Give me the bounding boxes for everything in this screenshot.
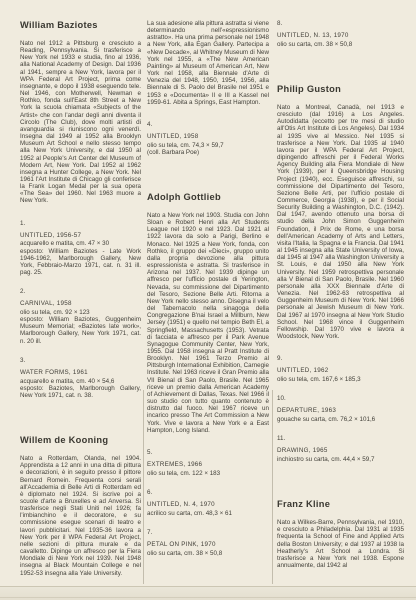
artwork-title: UNTITLED, 1962 bbox=[277, 367, 404, 374]
catalog-number: 1. bbox=[20, 220, 141, 227]
bio-paragraph: Nato nel 1912 a Pittsburg e cresciuto a … bbox=[20, 40, 141, 205]
catalog-number: 8. bbox=[277, 20, 404, 27]
artwork-detail: inchiostro su carta, cm. 44,4 × 59,7 bbox=[277, 456, 404, 463]
text-column-3: 8.UNTITLED, N. 13, 1970olio su carta, cm… bbox=[277, 20, 404, 598]
artwork-detail: esposto: William Baziotes - Late Work 19… bbox=[20, 248, 141, 277]
bio-paragraph: Nato a Rotterdam, Olanda, nel 1904. Appr… bbox=[20, 455, 141, 577]
catalog-number: 9. bbox=[277, 355, 404, 362]
artwork-title: UNTITLED, 1958 bbox=[147, 133, 269, 140]
artwork-title: UNTITLED, N. 4, 1970 bbox=[147, 501, 269, 508]
artist-heading: Willem de Kooning bbox=[20, 435, 141, 445]
page-bottom-edge bbox=[0, 586, 416, 600]
bio-paragraph: Nato a New York nel 1903. Studia con Joh… bbox=[147, 212, 269, 434]
artist-heading: Philip Guston bbox=[277, 84, 404, 94]
catalog-entry: 2.CARNIVAL, 1958olio su tela, cm. 92 × 1… bbox=[20, 288, 141, 345]
catalog-number: 10. bbox=[277, 395, 404, 402]
artist-heading: Franz Kline bbox=[277, 499, 404, 509]
artwork-title: DEPARTURE, 1963 bbox=[277, 407, 404, 414]
catalog-number: 4. bbox=[147, 121, 269, 128]
catalog-entry: 9.UNTITLED, 1962olio su tela, cm. 167,6 … bbox=[277, 355, 404, 383]
artwork-detail: olio su tela, cm. 122 × 183 bbox=[147, 470, 269, 477]
text-column-1: William BaziotesNato nel 1912 a Pittsbur… bbox=[20, 20, 141, 598]
artwork-title: UNTITLED, 1956-57 bbox=[20, 232, 141, 239]
catalog-entry: 10.DEPARTURE, 1963gouache su carta, cm. … bbox=[277, 395, 404, 423]
catalog-entry: 3.WATER FORMS, 1961acquarello e matita, … bbox=[20, 357, 141, 399]
artwork-detail: olio su carta, cm. 38 × 50,8 bbox=[147, 550, 269, 557]
bio-paragraph: Nato a Montreal, Canadà, nel 1913 e cres… bbox=[277, 104, 404, 340]
catalog-entry: 7.PETAL ON PINK, 1970olio su carta, cm. … bbox=[147, 529, 269, 557]
artwork-title: DRAWING, 1965 bbox=[277, 447, 404, 454]
catalog-entry: 11.DRAWING, 1965inchiostro su carta, cm.… bbox=[277, 435, 404, 463]
artwork-detail: olio su tela, cm. 167,6 × 185,3 bbox=[277, 376, 404, 383]
catalog-number: 2. bbox=[20, 288, 141, 295]
column-rule-left bbox=[143, 390, 144, 584]
artwork-detail: (coll. Barbara Poe) bbox=[147, 149, 269, 156]
catalog-number: 7. bbox=[147, 529, 269, 536]
catalog-number: 3. bbox=[20, 357, 141, 364]
artist-heading: William Baziotes bbox=[20, 20, 141, 30]
artwork-title: UNTITLED, N. 13, 1970 bbox=[277, 32, 404, 39]
catalog-entry: 5.EXTREMES, 1966olio su tela, cm. 122 × … bbox=[147, 449, 269, 477]
catalog-number: 6. bbox=[147, 489, 269, 496]
catalog-entry: 4.UNTITLED, 1958olio su tela, cm. 74,3 ×… bbox=[147, 121, 269, 156]
catalog-entry: 8.UNTITLED, N. 13, 1970olio su carta, cm… bbox=[277, 20, 404, 48]
artist-heading: Adolph Gottlieb bbox=[147, 192, 269, 202]
column-rule-right bbox=[272, 390, 273, 584]
artwork-detail: acquarello e matita, cm. 40 × 54,6 bbox=[20, 378, 141, 385]
artwork-detail: acquarello e matita, cm. 47 × 30 bbox=[20, 240, 141, 247]
artwork-title: WATER FORMS, 1961 bbox=[20, 369, 141, 376]
catalog-number: 11. bbox=[277, 435, 404, 442]
artwork-detail: acrilico su carta, cm. 48,3 × 61 bbox=[147, 510, 269, 517]
catalog-entry: 6.UNTITLED, N. 4, 1970acrilico su carta,… bbox=[147, 489, 269, 517]
artwork-detail: esposto: Baziotes, Marlborough Gallery, … bbox=[20, 385, 141, 399]
text-column-2: La sua adesione alla pittura astratta si… bbox=[147, 20, 269, 598]
artwork-title: EXTREMES, 1966 bbox=[147, 461, 269, 468]
artwork-detail: olio su carta, cm. 38 × 50,8 bbox=[277, 41, 404, 48]
catalog-number: 5. bbox=[147, 449, 269, 456]
bio-paragraph: La sua adesione alla pittura astratta si… bbox=[147, 20, 269, 106]
artwork-detail: esposto: William Baziotes, Guggenheim Mu… bbox=[20, 316, 141, 345]
artwork-detail: olio su tela, cm. 92 × 123 bbox=[20, 309, 141, 316]
catalog-page: William BaziotesNato nel 1912 a Pittsbur… bbox=[0, 0, 416, 600]
artwork-detail: gouache su carta, cm. 76,2 × 101,6 bbox=[277, 416, 404, 423]
artwork-title: CARNIVAL, 1958 bbox=[20, 300, 141, 307]
catalog-entry: 1.UNTITLED, 1956-57acquarello e matita, … bbox=[20, 220, 141, 277]
artwork-title: PETAL ON PINK, 1970 bbox=[147, 541, 269, 548]
bio-paragraph: Nato a Wilkes-Barre, Pennsylvania, nel 1… bbox=[277, 519, 404, 569]
artwork-detail: olio su tela, cm. 74,3 × 59,7 bbox=[147, 142, 269, 149]
